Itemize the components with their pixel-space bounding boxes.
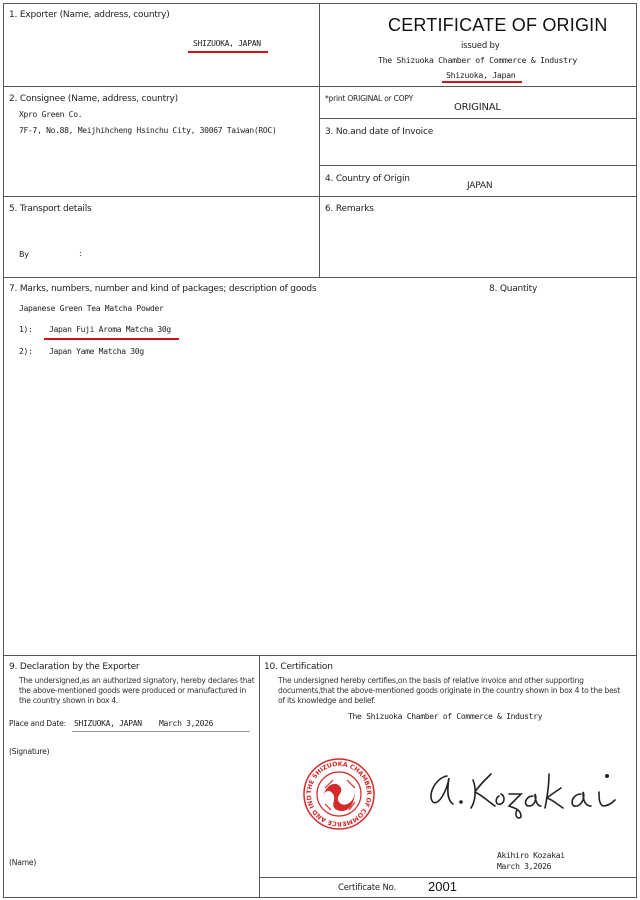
consignee-address: 7F-7, No.88, Meijhihcheng Hsinchu City, …: [19, 126, 276, 135]
consignee-label: 2. Consignee (Name, address, country): [9, 94, 178, 104]
certificate-number: 2001: [428, 879, 457, 894]
country-origin-label: 4. Country of Origin: [325, 174, 410, 184]
goods-item-index: 2):: [19, 347, 33, 356]
name-label: (Name): [9, 858, 36, 867]
goods-item-name: Japan Fuji Aroma Matcha 30g: [49, 325, 171, 334]
declaration-label: 9. Declaration by the Exporter: [9, 662, 139, 672]
issuer-location-highlight: [442, 81, 522, 83]
exporter-highlight: [188, 51, 268, 53]
country-origin-value: JAPAN: [467, 181, 492, 191]
transport-by-label: By: [19, 250, 29, 259]
goods-item-highlight: [44, 338, 179, 340]
print-type-label: *print ORIGINAL or COPY: [325, 94, 413, 103]
goods-label: 7. Marks, numbers, number and kind of pa…: [9, 284, 316, 294]
place-date-label: Place and Date:: [9, 719, 66, 728]
exporter-label: 1. Exporter (Name, address, country): [9, 10, 170, 20]
signature-label: (Signature): [9, 747, 49, 756]
issued-by-label: issued by: [461, 41, 500, 51]
place-date-underline: [72, 731, 250, 732]
exporter-value: SHIZUOKA, JAPAN: [193, 39, 261, 48]
signature-image: [425, 760, 635, 820]
certificate-number-label: Certificate No.: [338, 883, 396, 893]
declaration-place: SHIZUOKA, JAPAN: [74, 719, 142, 728]
divider: [319, 165, 637, 166]
goods-description: Japanese Green Tea Matcha Powder: [19, 304, 164, 313]
transport-label: 5. Transport details: [9, 204, 92, 214]
divider: [319, 3, 320, 277]
signer-name: Akihiro Kozakai: [497, 851, 565, 860]
declaration-date: March 3,2026: [159, 719, 213, 728]
divider: [3, 655, 637, 656]
declaration-text: The undersigned,as an authorized signato…: [19, 676, 257, 706]
consignee-name: Xpro Green Co.: [19, 110, 82, 119]
certification-issuer: The Shizuoka Chamber of Commerce & Indus…: [348, 712, 542, 721]
issuer-name: The Shizuoka Chamber of Commerce & Indus…: [378, 55, 577, 65]
goods-item-name: Japan Yame Matcha 30g: [49, 347, 144, 356]
print-type-value: ORIGINAL: [454, 102, 501, 113]
divider: [319, 118, 637, 119]
transport-by-separator: :: [79, 249, 82, 258]
divider: [3, 196, 637, 197]
signed-date: March 3,2026: [497, 862, 551, 871]
goods-item-index: 1):: [19, 325, 33, 334]
divider: [3, 86, 637, 87]
divider: [259, 877, 637, 878]
document-title: CERTIFICATE OF ORIGIN: [388, 15, 608, 36]
chamber-seal-icon: THE SHIZUOKA CHAMBER OF COMMERCE AND IND…: [303, 758, 375, 830]
quantity-label: 8. Quantity: [489, 284, 537, 294]
certification-label: 10. Certification: [264, 662, 333, 672]
certification-text: The undersigned hereby certifies,on the …: [278, 676, 623, 706]
issuer-location: Shizuoka, Japan: [446, 70, 515, 80]
invoice-label: 3. No.and date of Invoice: [325, 127, 433, 137]
divider: [259, 655, 260, 898]
divider: [3, 277, 637, 278]
remarks-label: 6. Remarks: [325, 204, 374, 214]
